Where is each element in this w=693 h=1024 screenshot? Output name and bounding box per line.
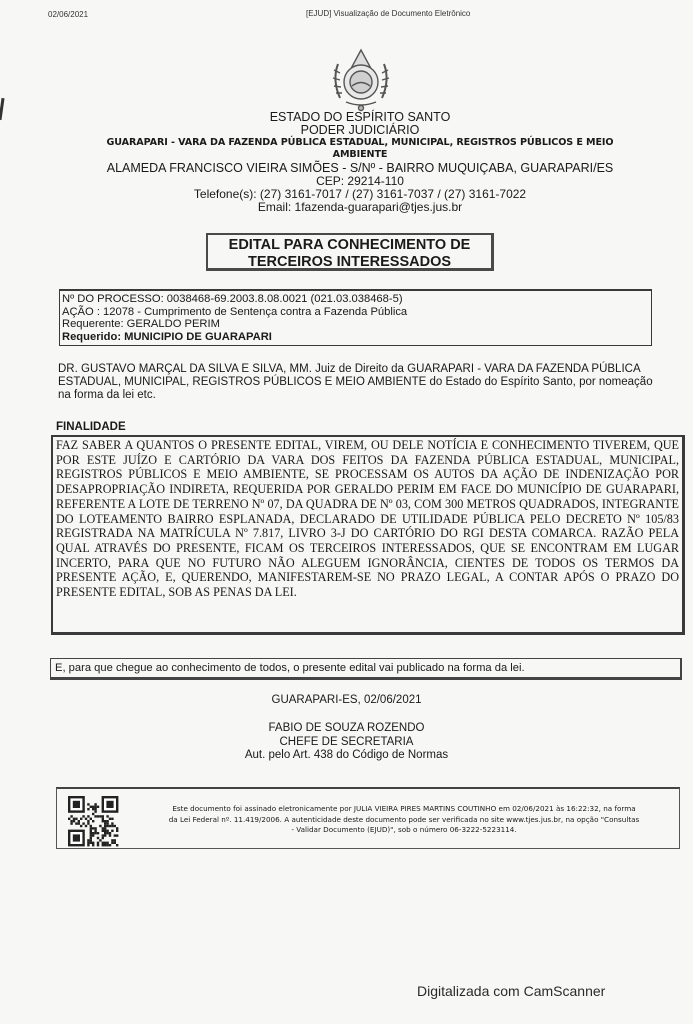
court-name-line1: GUARAPARI - VARA DA FAZENDA PÚBLICA ESTA… — [60, 137, 660, 149]
place-date: GUARAPARI-ES, 02/06/2021 — [0, 694, 693, 706]
electronic-signature-text: Este documento foi assinado eletronicame… — [134, 804, 674, 836]
signature-line2: da Lei Federal nº. 11.419/2006. A autent… — [134, 815, 674, 826]
signature-line1: Este documento foi assinado eletronicame… — [134, 804, 674, 815]
document-title: EDITAL PARA CONHECIMENTO DE TERCEIROS IN… — [206, 233, 494, 271]
closing-statement: E, para que chegue ao conhecimento de to… — [50, 658, 682, 680]
coat-of-arms-icon — [326, 46, 396, 112]
signer-block: FABIO DE SOUZA ROZENDO CHEFE DE SECRETAR… — [0, 722, 693, 763]
qr-code-icon[interactable] — [63, 794, 123, 849]
defendant-label: Requerido: — [62, 331, 124, 343]
signer-name: FABIO DE SOUZA ROZENDO — [0, 722, 693, 736]
signer-role: CHEFE DE SECRETARIA — [0, 736, 693, 750]
defendant-name: MUNICIPIO DE GUARAPARI — [124, 331, 272, 343]
process-info-box: Nº DO PROCESSO: 0038468-69.2003.8.08.002… — [59, 289, 652, 346]
court-header: ESTADO DO ESPÍRITO SANTO PODER JUDICIÁRI… — [60, 111, 660, 214]
finalidade-label: FINALIDADE — [56, 421, 126, 433]
print-header-title: [EJUD] Visualização de Documento Eletrôn… — [306, 9, 470, 18]
court-address: ALAMEDA FRANCISCO VIEIRA SIMÕES - S/Nº -… — [60, 161, 660, 175]
scan-edge-mark — [0, 98, 5, 120]
camscanner-watermark: Digitalizada com CamScanner — [417, 983, 605, 999]
finalidade-text: FAZ SABER A QUANTOS O PRESENTE EDITAL, V… — [51, 435, 685, 635]
judge-intro: DR. GUSTAVO MARÇAL DA SILVA E SILVA, MM.… — [58, 363, 658, 402]
signer-authority: Aut. pelo Art. 438 do Código de Normas — [0, 749, 693, 763]
court-name-line2: AMBIENTE — [60, 149, 660, 161]
signature-line3: - Validar Documento (EJUD)", sob o númer… — [134, 825, 674, 836]
process-defendant: Requerido: MUNICIPIO DE GUARAPARI — [62, 331, 649, 344]
title-line2: TERCEIROS INTERESSADOS — [208, 254, 491, 271]
print-date: 02/06/2021 — [48, 10, 88, 19]
process-number: Nº DO PROCESSO: 0038468-69.2003.8.08.002… — [62, 293, 649, 306]
process-plaintiff: Requerente: GERALDO PERIM — [62, 318, 649, 331]
title-line1: EDITAL PARA CONHECIMENTO DE — [208, 237, 491, 254]
court-email: Email: 1fazenda-guarapari@tjes.jus.br — [60, 201, 660, 214]
process-action: AÇÃO : 12078 - Cumprimento de Sentença c… — [62, 306, 649, 319]
branch-name: PODER JUDICIÁRIO — [60, 124, 660, 137]
